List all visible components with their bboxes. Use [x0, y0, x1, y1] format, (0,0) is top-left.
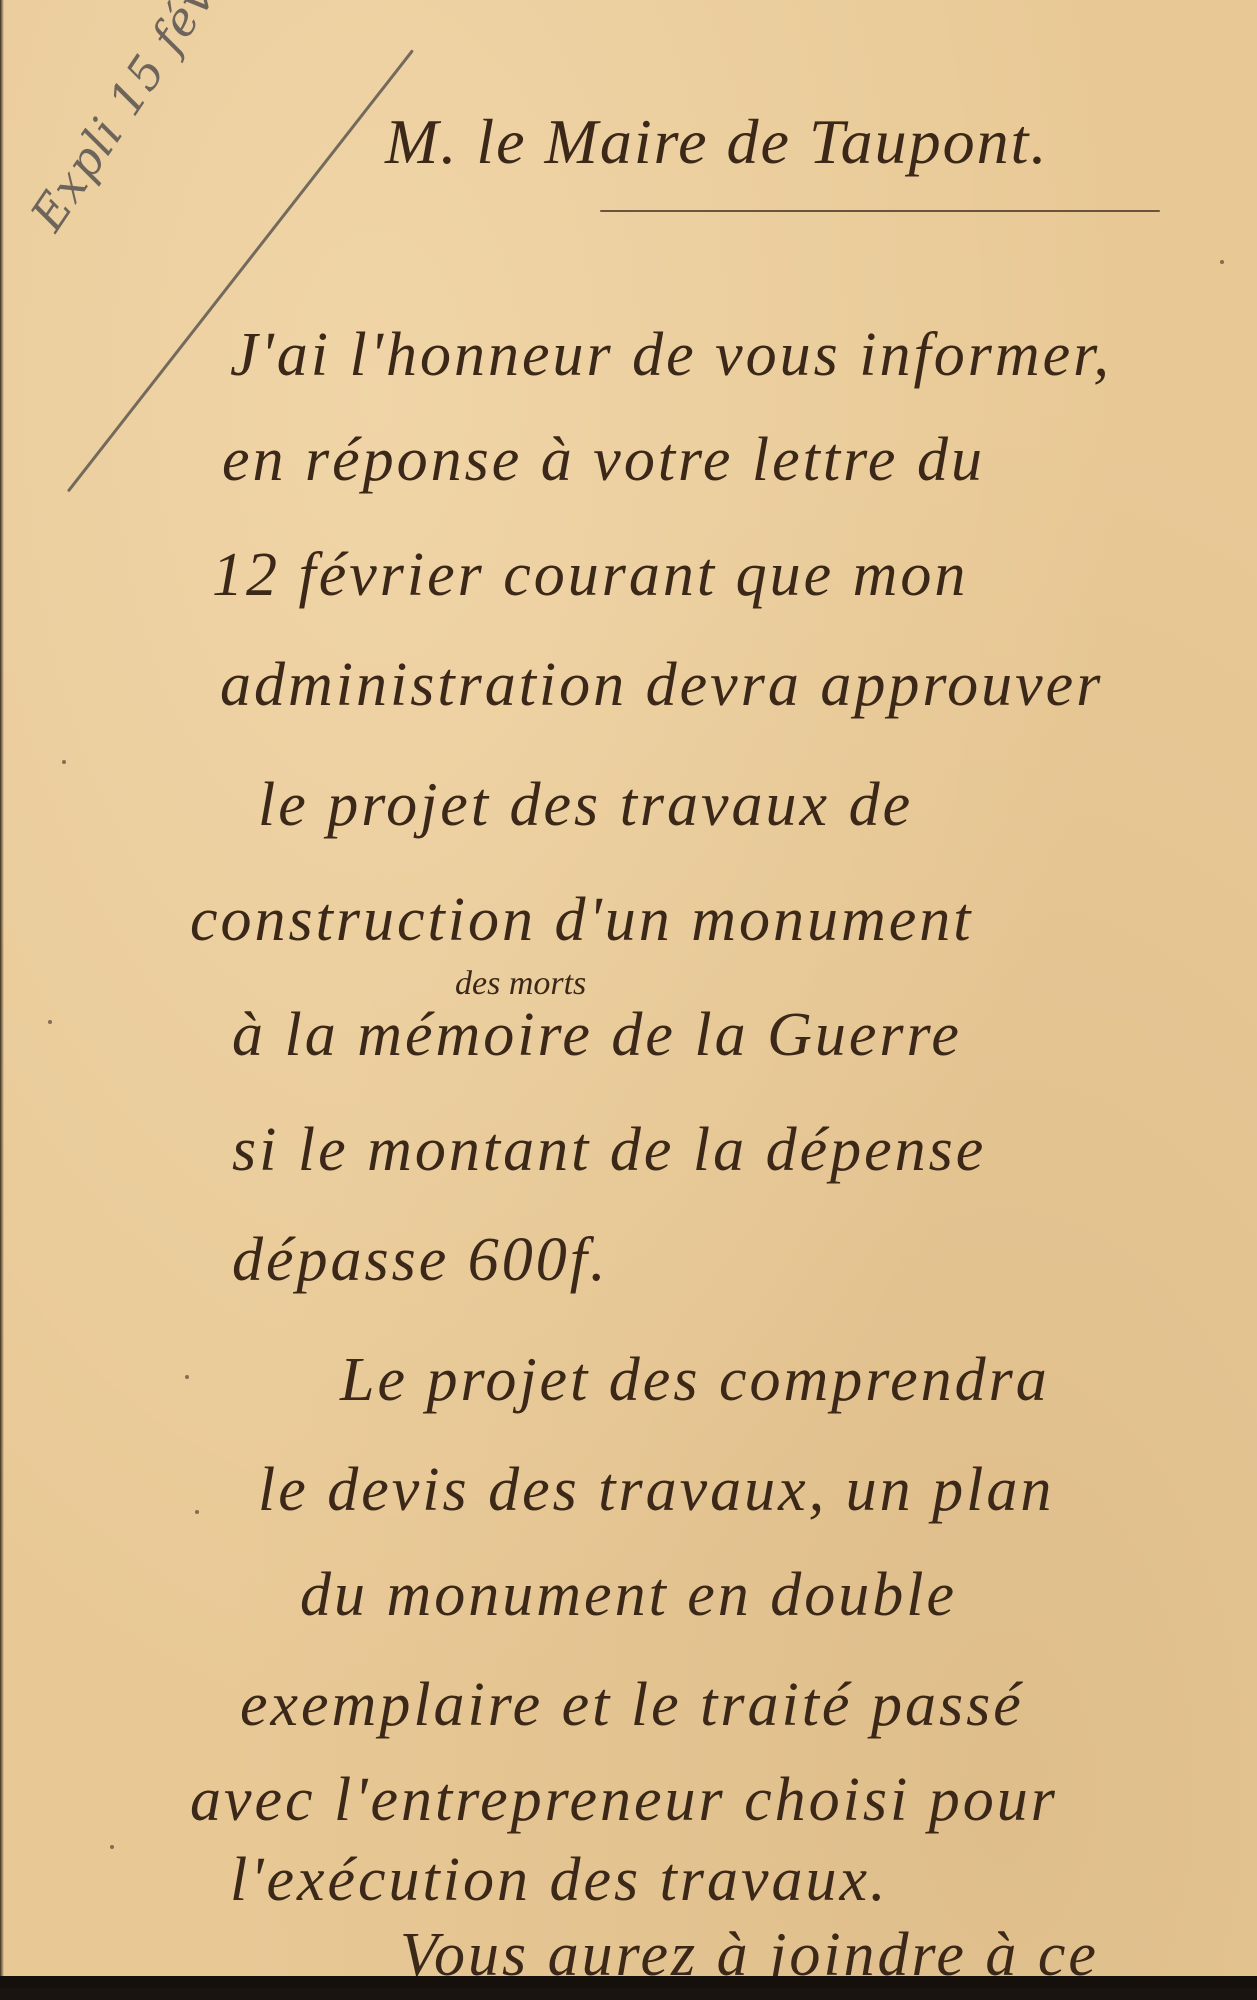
- inserted-text: des morts: [455, 965, 586, 1003]
- paper-speck: [62, 760, 66, 764]
- paper-speck: [110, 1845, 114, 1849]
- body-line-3: 12 février courant que mon: [212, 540, 968, 611]
- addressee: M. le Maire de Taupont.: [385, 105, 1048, 179]
- pencil-annotation: Expli 15 février 1919: [20, 0, 353, 240]
- body-line-11: le devis des travaux, un plan: [258, 1455, 1054, 1526]
- body-line-4: administration devra approuver: [220, 650, 1103, 721]
- body-line-5: le projet des travaux de: [258, 770, 913, 841]
- body-line-6: construction d'un monument: [190, 885, 974, 956]
- paper-speck: [195, 1510, 199, 1514]
- paper-speck: [1220, 260, 1224, 264]
- body-line-10: Le projet des comprendra: [340, 1345, 1050, 1416]
- page-left-edge: [0, 0, 4, 1988]
- page-bottom-edge: [0, 1976, 1257, 1988]
- paper-speck: [185, 1375, 189, 1379]
- body-line-12: du monument en double: [300, 1560, 957, 1631]
- addressee-underline: [600, 210, 1160, 212]
- body-line-15: l'exécution des travaux.: [230, 1845, 889, 1916]
- body-line-8: si le montant de la dépense: [232, 1115, 986, 1186]
- letter-page: Expli 15 février 1919 M. le Maire de Tau…: [0, 0, 1257, 1988]
- body-line-1: J'ai l'honneur de vous informer,: [230, 320, 1112, 391]
- body-line-2: en réponse à votre lettre du: [222, 425, 985, 496]
- paper-speck: [48, 1020, 52, 1024]
- body-line-9: dépasse 600f.: [232, 1225, 609, 1296]
- body-line-7: à la mémoire de la Guerre: [232, 1000, 962, 1071]
- body-line-14: avec l'entrepreneur choisi pour: [190, 1765, 1058, 1836]
- body-line-13: exemplaire et le traité passé: [240, 1670, 1024, 1741]
